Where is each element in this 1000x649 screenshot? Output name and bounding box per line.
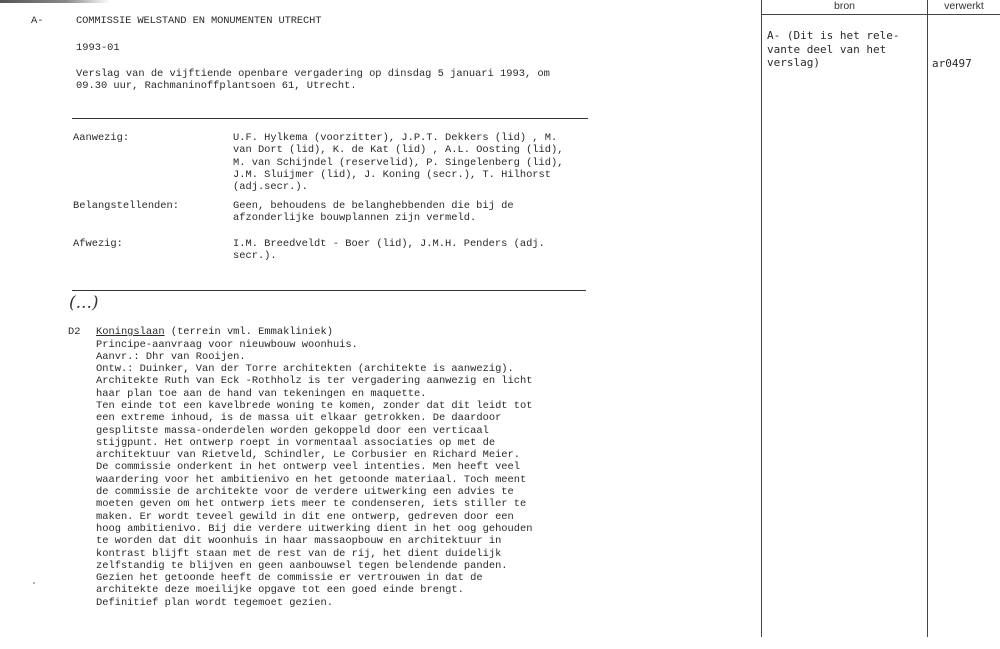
item-title: Koningslaan (terrein vml. Emmakliniek): [96, 326, 333, 338]
body-line: Ten einde tot een kavelbrede woning te k…: [96, 400, 532, 412]
absent-label: Afwezig:: [73, 238, 123, 250]
body-line: hoog ambitienivo. Bij die verdere uitwer…: [96, 523, 532, 535]
source-marker: A-: [31, 15, 43, 27]
bron-line: A- (Dit is het rele-: [767, 29, 899, 42]
present-line: van Dort (lid), K. de Kat (lid) , A.L. O…: [233, 144, 563, 156]
separator-line: [72, 290, 586, 291]
present-line: U.F. Hylkema (voorzitter), J.P.T. Dekker…: [233, 132, 557, 144]
stakeholders-line: Geen, behoudens de belanghebbenden die b…: [233, 200, 514, 212]
intro-line: Verslag van de vijftiende openbare verga…: [76, 68, 550, 80]
body-line: maken. Er wordt teveel gewild in dit ene…: [96, 511, 514, 523]
column-header-bron: bron: [762, 0, 927, 12]
stakeholders-label: Belangstellenden:: [73, 200, 179, 212]
body-line: haar plan toe aan de hand van tekeningen…: [96, 388, 426, 400]
absent-line: secr.).: [233, 250, 277, 262]
absent-line: I.M. Breedveldt - Boer (lid), J.M.H. Pen…: [233, 238, 545, 250]
intro-text: Verslag van de vijftiende openbare verga…: [76, 68, 550, 93]
body-line: gesplitste massa-onderdelen worden gekop…: [96, 425, 489, 437]
bron-line: verslag): [767, 56, 820, 69]
present-label: Aanwezig:: [73, 132, 129, 144]
bron-line: vante deel van het: [767, 43, 886, 56]
stakeholders-line: afzonderlijke bouwplannen zijn vermeld.: [233, 212, 476, 224]
body-line: te worden dat dit woonhuis in haar massa…: [96, 535, 501, 547]
column-header-verwerkt: verwerkt: [928, 0, 1000, 12]
body-line: Principe-aanvraag voor nieuwbouw woonhui…: [96, 339, 358, 351]
absent-list: I.M. Breedveldt - Boer (lid), J.M.H. Pen…: [233, 238, 545, 263]
body-line: kontrast blijft staan met de rest van de…: [96, 548, 501, 560]
present-line: J.M. Sluijmer (lid), J. Koning (secr.), …: [233, 169, 551, 181]
item-street: Koningslaan: [96, 326, 165, 338]
present-line: (adj.secr.).: [233, 181, 308, 193]
table-header-divider: [761, 14, 1000, 15]
body-line: de commissie de architekte voor de verde…: [96, 486, 514, 498]
cell-verwerkt: ar0497: [932, 57, 972, 70]
body-line: architekte deze moeilijke opgave tot een…: [96, 584, 464, 596]
stakeholders-list: Geen, behoudens de belanghebbenden die b…: [233, 200, 514, 225]
present-line: M. van Schijndel (reservelid), P. Singel…: [233, 157, 563, 169]
item-code: D2: [68, 326, 80, 338]
body-line: Ontw.: Duinker, Van der Torre architekte…: [96, 363, 514, 375]
body-line: moeten geven om het ontwerp iets meer te…: [96, 498, 526, 510]
body-line: Gezien het getoonde heeft de commissie e…: [96, 572, 483, 584]
table-column-divider: [927, 0, 928, 637]
cell-bron: A- (Dit is het rele- vante deel van het …: [767, 29, 899, 70]
body-line: waardering voor het ambitienivo en het g…: [96, 474, 526, 486]
body-line: architektuur van Rietveld, Schindler, Le…: [96, 449, 520, 461]
table-border-left: [761, 0, 762, 637]
scan-speck: [33, 582, 35, 584]
body-line: een extreme inhoud, is de massa uit elka…: [96, 412, 501, 424]
body-line: zelfstandig te blijven en geen aanbouwse…: [96, 560, 508, 572]
scan-edge-artifact: [0, 0, 110, 3]
separator-line: [72, 118, 588, 119]
body-line: stijgpunt. Het ontwerp roept in vormenta…: [96, 437, 495, 449]
document-title: COMMISSIE WELSTAND EN MONUMENTEN UTRECHT: [76, 15, 321, 27]
present-list: U.F. Hylkema (voorzitter), J.P.T. Dekker…: [233, 132, 563, 193]
item-body: Principe-aanvraag voor nieuwbouw woonhui…: [96, 339, 532, 610]
intro-line: 09.30 uur, Rachmaninoffplantsoen 61, Utr…: [76, 80, 357, 92]
body-line: Definitief plan wordt tegemoet gezien.: [96, 597, 333, 609]
item-location: (terrein vml. Emmakliniek): [165, 326, 333, 338]
document-code: 1993-01: [76, 42, 120, 54]
handwritten-ellipsis: (...): [69, 293, 98, 313]
body-line: De commissie onderkent in het ontwerp ve…: [96, 461, 520, 473]
body-line: Aanvr.: Dhr van Rooijen.: [96, 351, 246, 363]
body-line: Architekte Ruth van Eck -Rothholz is ter…: [96, 375, 532, 387]
